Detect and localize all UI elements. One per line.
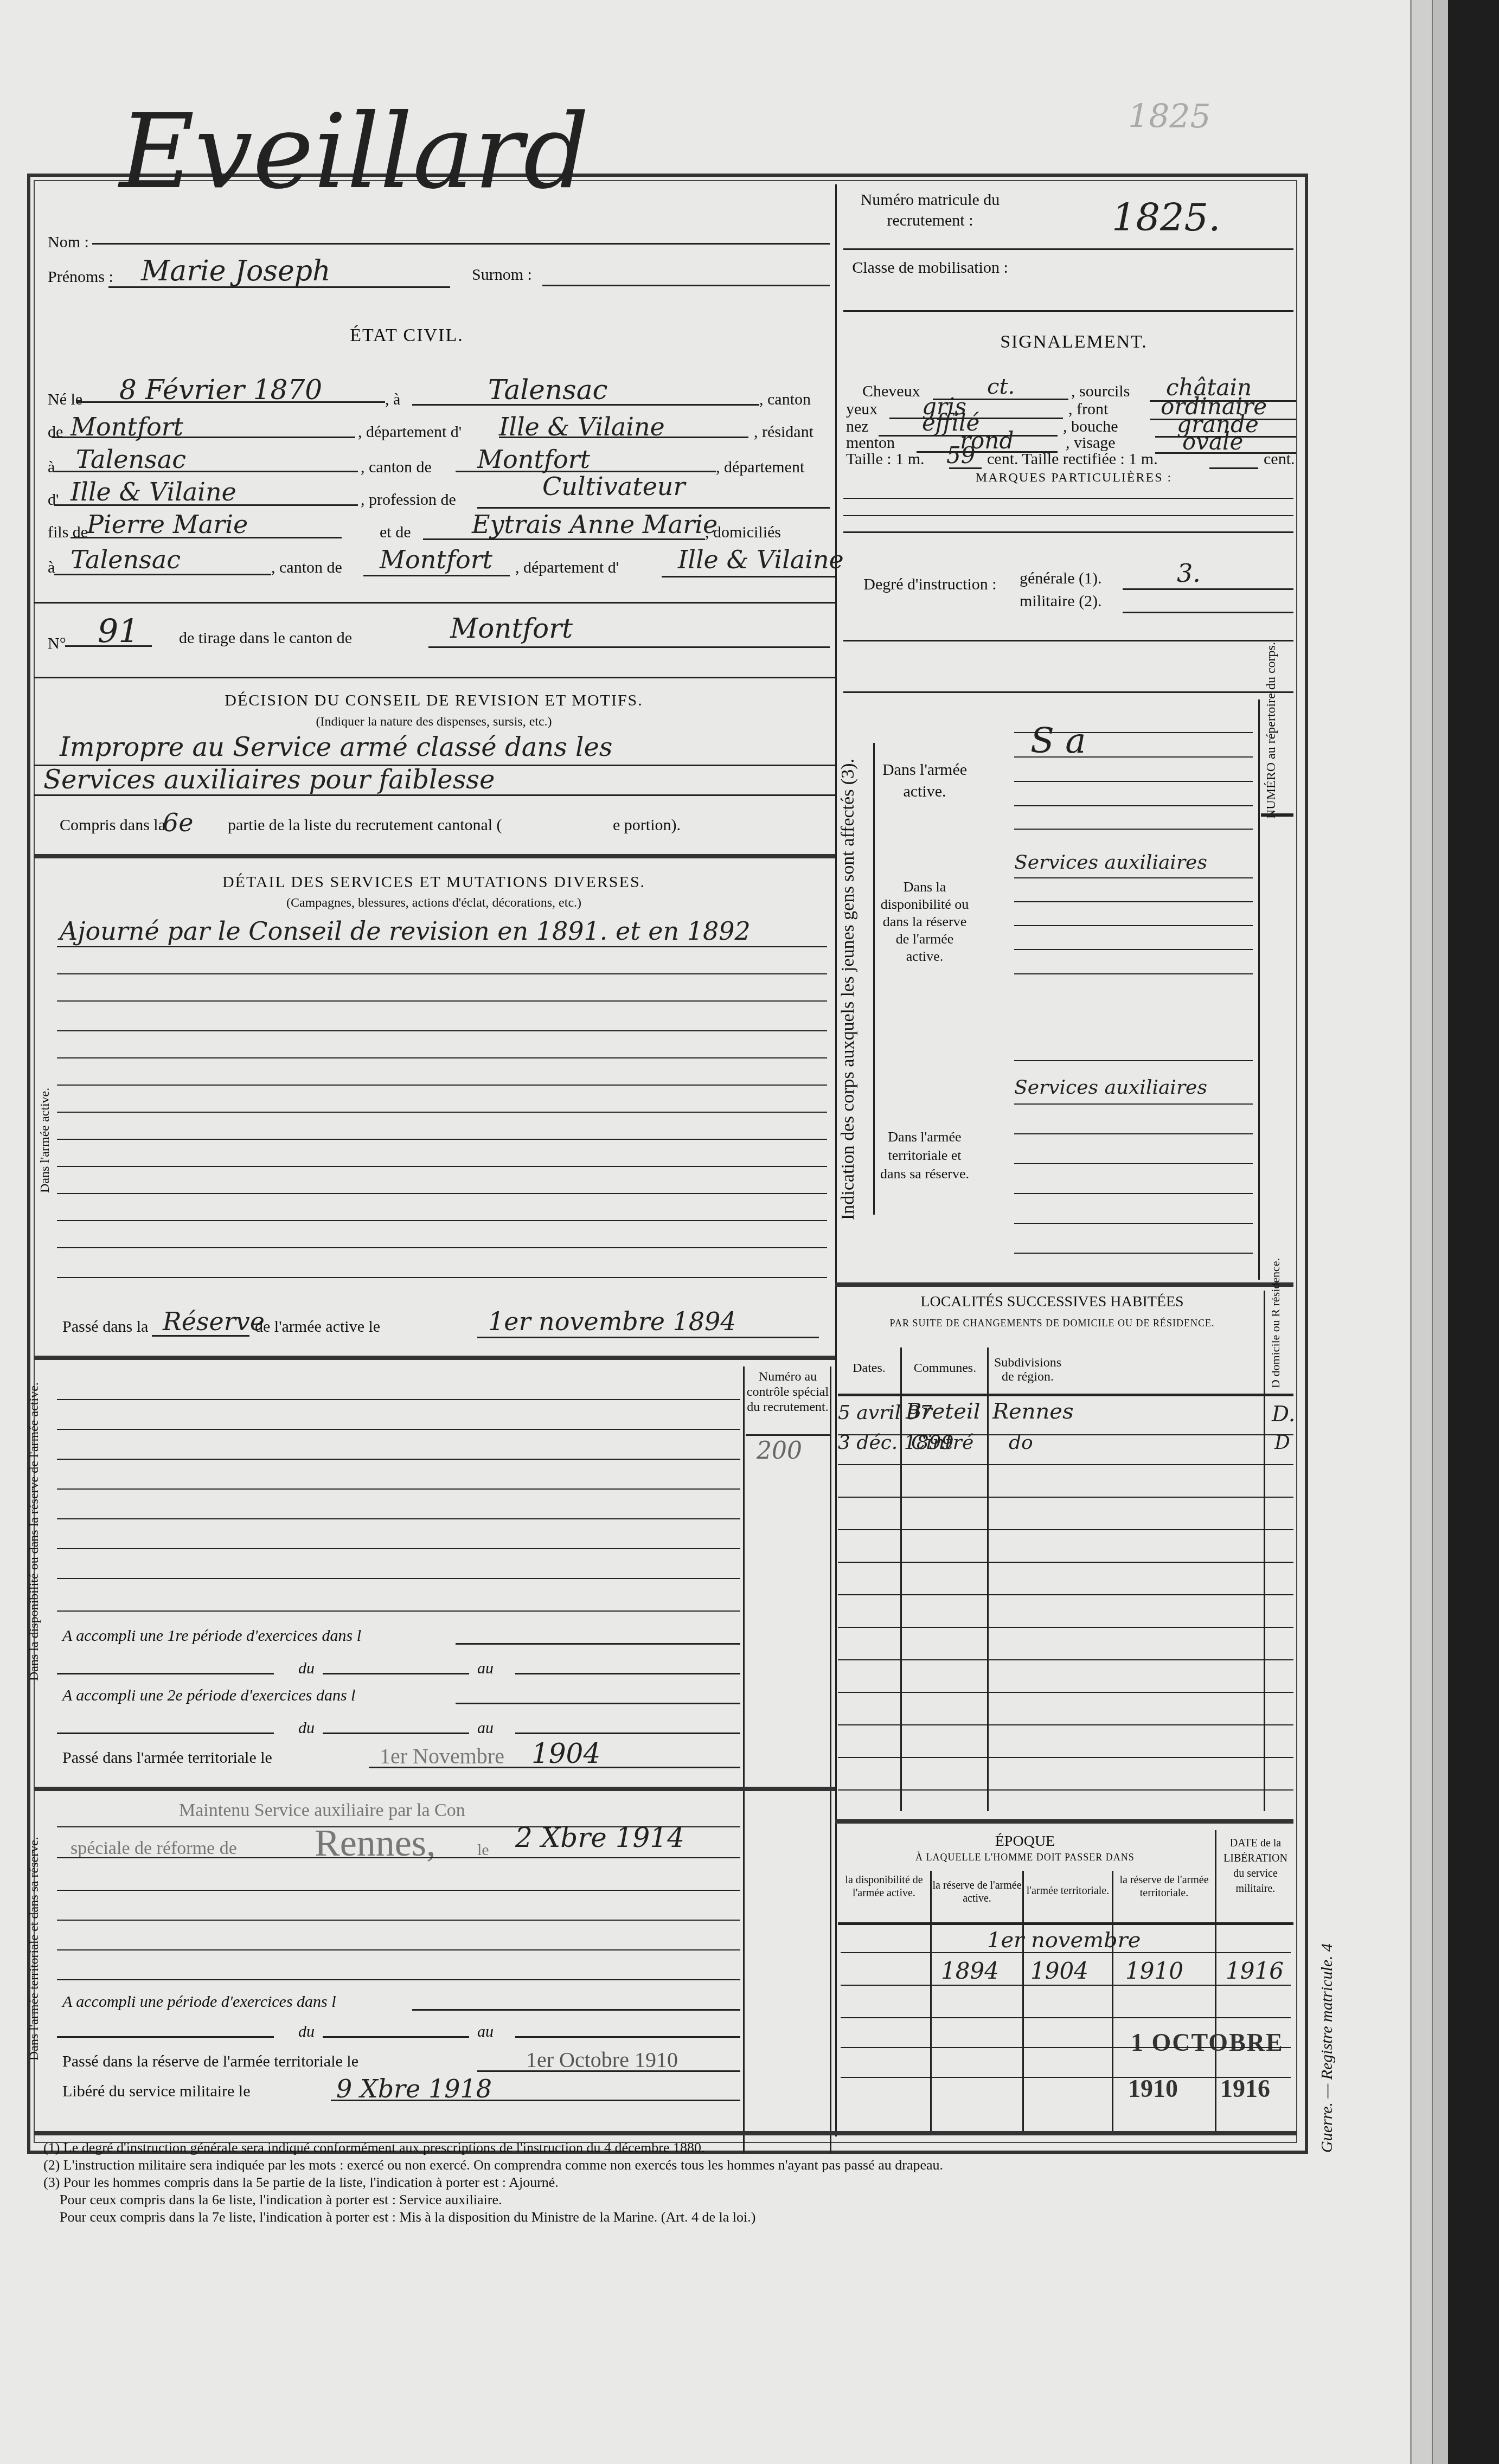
localites-col-dates: Dates.: [838, 1361, 900, 1376]
epoque-row-rule: [841, 2047, 1291, 2048]
side-label-active: Dans l'armée active.: [38, 1088, 53, 1193]
res-departement-line: [54, 504, 358, 506]
localites-row-rule: [838, 1659, 1293, 1660]
compris-value: 6e: [163, 808, 194, 837]
passe-terr-label: Passé dans l'armée territoriale le: [62, 1749, 272, 1767]
epoque-col-divider: [930, 1871, 932, 2134]
affectation-rule: [1014, 973, 1253, 974]
taille-line: [949, 467, 982, 469]
services-rule: [57, 1085, 827, 1086]
section-divider: [34, 1356, 835, 1360]
localites-col-divider: [1264, 1291, 1265, 1811]
bouche-label: , bouche: [1063, 418, 1118, 436]
classe-label: Classe de mobilisation :: [843, 258, 1017, 278]
localites-row-1-commune: Breteil: [906, 1399, 981, 1424]
localites-subtitle: PAR SUITE DE CHANGEMENTS DE DOMICILE OU …: [838, 1318, 1266, 1329]
epoque-stamp-liberation: 1916: [1220, 2074, 1270, 2103]
section-divider: [34, 677, 835, 678]
militaire-label: militaire (2).: [1020, 592, 1102, 611]
passe-terr-stamp: 1er Novembre: [380, 1743, 504, 1769]
a-label: , à: [385, 390, 400, 409]
marques-line-1: [843, 498, 1293, 499]
services-rule: [57, 1247, 827, 1248]
dom-departement-label: , département d': [515, 559, 619, 577]
affectation-rule: [1014, 829, 1253, 830]
services-title: DÉTAIL DES SERVICES ET MUTATIONS DIVERSE…: [54, 873, 813, 891]
dom-value: Talensac: [71, 545, 181, 574]
book-background: [1448, 0, 1499, 2464]
dom-line: [54, 574, 271, 575]
section-divider: [843, 640, 1293, 641]
localites-row-rule: [838, 1497, 1293, 1498]
register-page: 1825 Eveillard Nom : Prénoms : Marie Jos…: [0, 0, 1432, 2464]
nom-label: Nom :: [48, 233, 89, 252]
numero-controle-value: 200: [757, 1437, 802, 1465]
cheveux-value: ct.: [987, 374, 1015, 399]
matricule-line: [843, 248, 1293, 250]
epoque-title: ÉPOQUE: [838, 1833, 1212, 1850]
registre-margin-note: Guerre. — Registre matricule. 4: [1318, 1943, 1336, 2153]
periode-2-du-label: du: [298, 1719, 315, 1737]
res-departement-value: Ille & Vilaine: [71, 477, 236, 506]
classe-line: [843, 310, 1293, 312]
affectation-side-label: Indication des corps auxquels les jeunes…: [838, 759, 859, 1220]
footnote-5: Pour ceux compris dans la 7e liste, l'in…: [43, 2209, 1291, 2226]
marques-line-3: [843, 531, 1293, 533]
signalement-title: SIGNALEMENT.: [846, 332, 1302, 352]
dom-canton-label: , canton de: [271, 559, 342, 577]
affectation-rule: [1014, 1223, 1253, 1224]
fils-de-label: fils de: [48, 523, 88, 542]
localites-header-rule: [838, 1394, 1293, 1396]
services-subtitle: (Campagnes, blessures, actions d'éclat, …: [54, 896, 813, 910]
affectation-rule: [1014, 925, 1253, 926]
dispo-rule: [57, 1459, 740, 1460]
services-rule: [57, 946, 827, 947]
epoque-col-reserve-terr: la réserve de l'armée territoriale.: [1113, 1873, 1215, 1900]
localites-title: LOCALITÉS SUCCESSIVES HABITÉES: [838, 1293, 1266, 1311]
res-canton-value: Montfort: [477, 445, 590, 474]
mere-value: Eytrais Anne Marie: [472, 510, 718, 539]
epoque-handwritten-header: 1er novembre: [987, 1928, 1141, 1953]
degre-label: Degré d'instruction :: [862, 575, 998, 594]
passe-reserve-value: Réserve: [163, 1307, 265, 1336]
affectation-rule: [1014, 732, 1253, 733]
localites-row-rule: [838, 1724, 1293, 1725]
affectation-rule: [1014, 805, 1253, 806]
yeux-label: yeux: [846, 400, 877, 419]
passe-res-terr-label: Passé dans la réserve de l'armée territo…: [62, 2052, 358, 2071]
periode-terr-du-line-b: [323, 2036, 469, 2038]
decision-title: DÉCISION DU CONSEIL DE REVISION ET MOTIF…: [54, 691, 813, 710]
section-divider: [34, 1787, 835, 1791]
affectation-rule: [1014, 949, 1253, 950]
numero-repertoire-label: NUMÉRO au répertoire du corps.: [1264, 642, 1279, 819]
taille-rect-cent-label: cent.: [1264, 450, 1295, 469]
page-edge: [1410, 0, 1433, 2464]
periode-2-du-line-a: [57, 1733, 274, 1734]
dispo-rule: [57, 1488, 740, 1490]
periode-terr-du-label: du: [298, 2023, 315, 2041]
passe-reserve-date: 1er novembre 1894: [488, 1307, 736, 1336]
terr-rule: [57, 1949, 740, 1950]
periode-terr-du-line-a: [57, 2036, 274, 2038]
epoque-stamp-date: 1 OCTOBRE: [1131, 2028, 1284, 2057]
generale-value: 3.: [1177, 559, 1201, 588]
periode-terr-au-line: [515, 2036, 740, 2038]
localites-col-divider: [987, 1348, 989, 1811]
front-label: , front: [1068, 400, 1108, 419]
epoque-value-reserve-active: 1894: [941, 1958, 999, 1984]
marques-label: MARQUES PARTICULIÈRES :: [846, 471, 1302, 485]
affectation-terr-label: Dans l'armée territoriale et dans sa rés…: [879, 1128, 971, 1183]
affectation-active-label: Dans l'armée active.: [879, 759, 971, 803]
epoque-header-rule: [838, 1922, 1293, 1925]
maintenu-city: Rennes,: [315, 1822, 436, 1865]
localites-row-2-dr: D: [1274, 1432, 1290, 1454]
periode-2-au-line: [515, 1733, 740, 1734]
terr-rule: [57, 1890, 740, 1891]
localites-row-1-dr: D.: [1272, 1402, 1295, 1427]
prenoms-value: Marie Joseph: [141, 255, 330, 287]
maintenu-stamp-line-1: Maintenu Service auxiliaire par la Con: [179, 1800, 465, 1821]
taille-label: Taille : 1 m.: [846, 450, 925, 469]
periode-1-du-line-b: [323, 1673, 469, 1674]
footnote-divider: [34, 2131, 1297, 2135]
terr-rule: [57, 1979, 740, 1980]
taille-rect-line: [1209, 467, 1258, 469]
localites-row-2-subdivision: do: [1009, 1432, 1033, 1454]
residant-line: [54, 471, 358, 472]
footnote-3: (3) Pour les hommes compris dans la 5e p…: [43, 2174, 1291, 2191]
dom-departement-value: Ille & Vilaine: [678, 545, 844, 574]
localites-col-subdivisions: Subdivisions de région.: [990, 1356, 1066, 1384]
periode-2-au-label: au: [477, 1719, 494, 1737]
services-entry-1: Ajourné par le Conseil de revision en 18…: [60, 916, 751, 946]
nom-value: Eveillard: [119, 98, 590, 206]
epoque-col-reserve-active: la réserve de l'armée active.: [932, 1879, 1022, 1905]
prenoms-label: Prénoms :: [48, 268, 113, 286]
periode-terr-line: [412, 2009, 740, 2011]
taille-value: 59: [946, 442, 975, 469]
taille-cent-label: cent. Taille rectifiée : 1 m.: [987, 450, 1158, 469]
dispo-rule: [57, 1518, 740, 1519]
epoque-col-disponibilite: la disponibilité de l'armée active.: [838, 1873, 930, 1900]
services-rule: [57, 973, 827, 974]
profession-value: Cultivateur: [542, 472, 685, 501]
affectation-rule: [1014, 1253, 1253, 1254]
affectation-dispo-label: Dans la disponibilité ou dans la réserve…: [879, 878, 971, 965]
matricule-value: 1825.: [1112, 195, 1220, 240]
dispo-rule: [57, 1578, 740, 1579]
side-label-terr: Dans l'armée territoriale et dans sa rés…: [27, 1837, 42, 2061]
ne-le-label: Né le: [48, 390, 82, 409]
localites-row-rule: [838, 1464, 1293, 1465]
passe-res-terr-value: 1er Octobre 1910: [526, 2047, 678, 2072]
services-rule: [57, 1220, 827, 1221]
periode-terr-au-label: au: [477, 2023, 494, 2041]
residant-a-label: à: [48, 458, 55, 477]
periode-1-au-label: au: [477, 1659, 494, 1678]
epoque-value-liberation: 1916: [1226, 1958, 1284, 1984]
decision-rule-2: [34, 794, 835, 796]
footnote-2: (2) L'instruction militaire sera indiqué…: [43, 2157, 1291, 2174]
epoque-col-divider: [1215, 1830, 1216, 2134]
a-value: Talensac: [488, 374, 608, 406]
generale-line: [1123, 588, 1293, 590]
localites-row-rule: [838, 1594, 1293, 1595]
res-departement-d-label: d': [48, 491, 59, 509]
epoque-value-territoriale: 1904: [1030, 1958, 1088, 1984]
menton-label: menton: [846, 434, 895, 452]
residant-value: Talensac: [76, 445, 186, 474]
section-divider: [34, 602, 835, 604]
section-divider: [34, 854, 835, 858]
surnom-line: [542, 285, 830, 286]
affectation-bracket: [873, 743, 875, 1215]
periode-1-label: A accompli une 1re période d'exercices d…: [62, 1627, 361, 1645]
tirage-line: [428, 646, 830, 648]
dispo-rule: [57, 1548, 740, 1549]
section-divider: [835, 1282, 1293, 1287]
affectation-rule: [1014, 1060, 1253, 1061]
libere-label: Libéré du service militaire le: [62, 2082, 251, 2101]
epoque-col-territoriale: l'armée territoriale.: [1024, 1884, 1112, 1897]
passe-reserve-mid: de l'armée active le: [255, 1318, 380, 1336]
passe-terr-year: 1904: [531, 1738, 600, 1769]
affectation-rule: [1014, 781, 1253, 782]
a-line: [412, 404, 759, 406]
passe-reserve-label: Passé dans la: [62, 1318, 148, 1336]
affectation-rule: [1014, 756, 1253, 758]
cheveux-label: Cheveux: [862, 382, 920, 401]
numero-controle-label: Numéro au contrôle spécial du recrutemen…: [746, 1369, 830, 1415]
residant-label: , résidant: [754, 423, 813, 441]
affectation-rule: [1014, 1103, 1253, 1105]
section-divider: [835, 1819, 1293, 1824]
maintenu-le: le: [477, 1841, 489, 1859]
side-label-dispo: Dans la disponibilité ou dans la réserve…: [27, 1382, 42, 1681]
libere-line: [331, 2100, 740, 2101]
epoque-row-rule: [841, 1985, 1291, 1986]
periode-1-line: [456, 1643, 740, 1645]
visage-value: ovale: [1182, 428, 1243, 455]
periode-1-du-label: du: [298, 1659, 315, 1678]
services-rule: [57, 1277, 827, 1278]
compris-label: Compris dans la: [60, 816, 165, 835]
affectation-rule: [1014, 877, 1253, 878]
passe-res-terr-line: [477, 2070, 740, 2072]
localites-row-rule: [838, 1757, 1293, 1758]
maintenu-stamp-line-2: spéciale de réforme de: [71, 1838, 237, 1859]
periode-1-au-line: [515, 1673, 740, 1674]
passe-reserve-line: [152, 1335, 249, 1337]
affectation-dispo-value: Services auxiliaires: [1014, 851, 1207, 874]
departement-line: [499, 437, 748, 438]
pere-value: Pierre Marie: [87, 510, 248, 539]
prenoms-line: [108, 286, 450, 288]
no-label: N°: [48, 634, 66, 653]
epoque-col-divider: [1112, 1871, 1113, 2134]
services-rule: [57, 1166, 827, 1167]
dispo-rule: [57, 1399, 740, 1400]
terr-rule: [57, 1920, 740, 1921]
maintenu-rule-2: [57, 1857, 740, 1858]
date-liberation-label: DATE de la LIBÉRATION du service militai…: [1218, 1836, 1293, 1896]
services-rule: [57, 1057, 827, 1058]
mere-line: [423, 538, 705, 540]
section-divider: [843, 691, 1293, 693]
numero-controle-divider-left: [743, 1366, 745, 2153]
nom-line: [92, 243, 830, 245]
sourcils-label: , sourcils: [1071, 382, 1130, 401]
epoque-stamp-res-terr: 1910: [1128, 2074, 1178, 2103]
dom-departement-line: [662, 576, 835, 578]
periode-2-line: [456, 1703, 740, 1704]
pere-line: [71, 537, 342, 538]
ne-le-line: [76, 401, 385, 403]
tirage-label: de tirage dans le canton de: [179, 629, 352, 647]
no-line: [65, 645, 152, 647]
res-canton-label: , canton de: [361, 458, 432, 477]
periode-2-du-line-b: [323, 1733, 469, 1734]
decision-line-2: Services auxiliaires pour faiblesse: [43, 765, 495, 795]
dom-canton-value: Montfort: [380, 545, 492, 574]
periode-2-label: A accompli une 2e période d'exercices da…: [62, 1686, 355, 1705]
footnote-4: Pour ceux compris dans la 6e liste, l'in…: [43, 2191, 1291, 2209]
numero-column-divider: [1258, 700, 1260, 1280]
matricule-label: Numéro matricule du recrutement :: [843, 190, 1017, 231]
militaire-line: [1123, 612, 1293, 613]
profession-label: , profession de: [361, 491, 456, 509]
domicilies-label: , domiciliés: [705, 523, 781, 542]
services-rule: [57, 1193, 827, 1194]
nez-label: nez: [846, 418, 869, 436]
portion-suffix: e portion).: [613, 816, 681, 835]
localites-col-communes: Communes.: [903, 1361, 987, 1376]
tirage-value: Montfort: [450, 613, 573, 644]
localites-row-rule: [838, 1562, 1293, 1563]
generale-label: générale (1).: [1020, 569, 1102, 588]
passe-terr-line: [369, 1767, 740, 1768]
services-rule: [57, 1112, 827, 1113]
epoque-subtitle: À LAQUELLE L'HOMME DOIT PASSER DANS: [838, 1852, 1212, 1863]
passe-reserve-date-line: [477, 1337, 819, 1338]
marques-line-2: [843, 515, 1293, 516]
page-edge: [1432, 0, 1449, 2464]
epoque-value-reserve-terr: 1910: [1125, 1958, 1183, 1984]
services-rule: [57, 1000, 827, 1002]
numero-controle-divider: [830, 1366, 831, 2153]
decision-line-1: Impropre au Service armé classé dans les: [60, 732, 612, 762]
localites-row-rule: [838, 1529, 1293, 1530]
canton-line: [52, 437, 355, 438]
res-departement-label: , département: [716, 458, 804, 477]
canton-label: , canton: [759, 390, 811, 409]
epoque-row-rule: [841, 1952, 1291, 1953]
footnote-1: (1) Le degré d'instruction générale sera…: [43, 2139, 1291, 2157]
affectation-rule: [1014, 1163, 1253, 1164]
numero-repertoire-rule: [1261, 813, 1293, 817]
dispo-rule: [57, 1429, 740, 1430]
periode-1-du-line-a: [57, 1673, 274, 1674]
dom-canton-line: [363, 575, 510, 576]
localites-row-rule: [838, 1692, 1293, 1693]
affectation-rule: [1014, 1193, 1253, 1194]
periode-terr-label: A accompli une période d'exercices dans …: [62, 1993, 336, 2011]
etat-civil-title: ÉTAT CIVIL.: [217, 325, 597, 346]
et-de-label: et de: [380, 523, 411, 542]
localites-col-dr: D domicile ou R résidence.: [1269, 1258, 1282, 1388]
maintenu-date: 2 Xbre 1914: [515, 1822, 684, 1853]
localites-row-1-subdivision: Rennes: [992, 1399, 1074, 1424]
departement-label: , département d': [358, 423, 462, 441]
localites-row-rule: [838, 1627, 1293, 1628]
compris-suffix: partie de la liste du recrutement canton…: [228, 816, 502, 835]
localites-row-2-commune: Cintré: [911, 1432, 973, 1454]
epoque-col-divider: [1022, 1871, 1024, 2134]
services-rule: [57, 1139, 827, 1140]
decision-subtitle: (Indiquer la nature des dispenses, sursi…: [54, 715, 813, 729]
surnom-label: Surnom :: [472, 266, 532, 284]
right-column-divider: [835, 184, 837, 2136]
pencil-note: 1825: [1128, 98, 1211, 136]
footnotes: (1) Le degré d'instruction générale sera…: [43, 2139, 1291, 2226]
visage-label: , visage: [1066, 434, 1116, 452]
profession-line: [477, 507, 830, 509]
localites-row-rule: [838, 1789, 1293, 1791]
epoque-row-rule: [841, 2017, 1291, 2018]
dispo-rule: [57, 1610, 740, 1612]
affectation-terr-value: Services auxiliaires: [1014, 1076, 1207, 1099]
libere-value: 9 Xbre 1918: [336, 2074, 492, 2103]
affectation-rule: [1014, 901, 1253, 902]
numero-controle-rule: [746, 1434, 830, 1436]
services-rule: [57, 1030, 827, 1031]
affectation-active-value: S a: [1030, 721, 1086, 761]
affectation-rule: [1014, 1133, 1253, 1134]
canton-de-label: de: [48, 423, 63, 441]
